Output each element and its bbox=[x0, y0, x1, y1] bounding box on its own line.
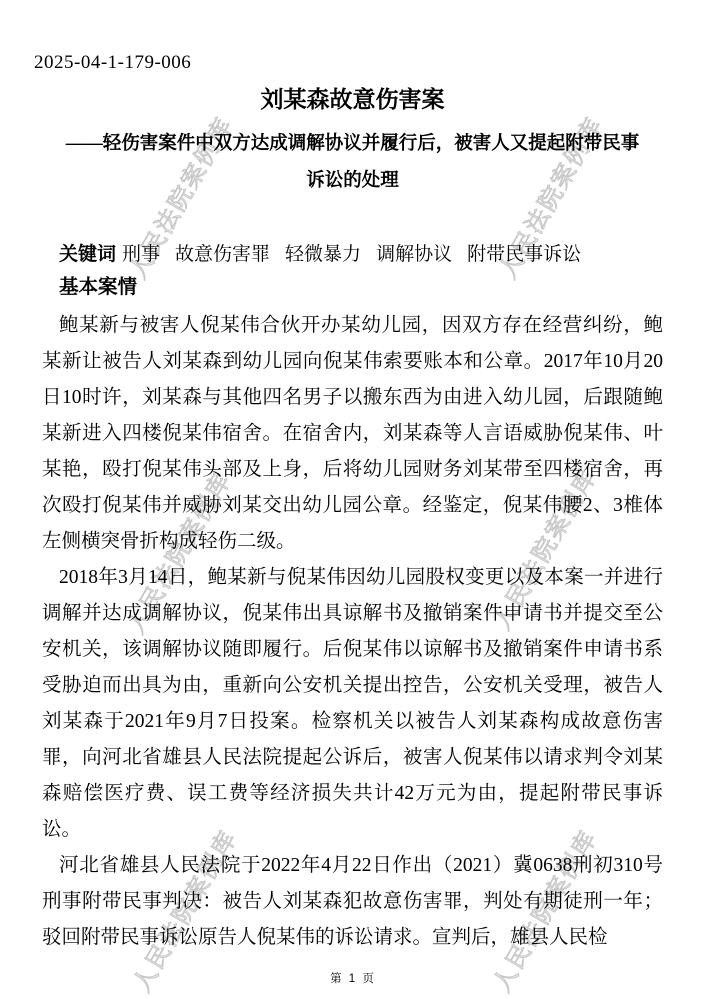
keyword-term: 调解协议 bbox=[376, 244, 452, 265]
keyword-term: 故意伤害罪 bbox=[175, 244, 270, 265]
paragraph: 鲍某新与被害人倪某伟合伙开办某幼儿园，因双方存在经营纠纷，鲍某新让被告人刘某森到… bbox=[42, 308, 663, 560]
case-number: 2025-04-1-179-006 bbox=[34, 52, 663, 74]
paragraph: 2018年3月14日，鲍某新与倪某伟因幼儿园股权变更以及本案一并进行调解并达成调… bbox=[42, 560, 663, 848]
paragraph: 河北省雄县人民法院于2022年4月22日作出（2021）冀0638刑初310号刑… bbox=[42, 848, 663, 956]
document-page: 人民法院案例库 人民法院案例库 人民法院案例库 人民法院案例库 人民法院案例库 … bbox=[0, 0, 706, 999]
keywords-label: 关键词 bbox=[59, 244, 116, 265]
section-heading-basic-facts: 基本案情 bbox=[42, 272, 663, 302]
case-title: 刘某森故意伤害案 bbox=[42, 86, 663, 113]
keyword-term: 附带民事诉讼 bbox=[467, 244, 581, 265]
keyword-term: 刑事 bbox=[122, 244, 160, 265]
document-content: 2025-04-1-179-006 刘某森故意伤害案 ——轻伤害案件中双方达成调… bbox=[0, 52, 706, 956]
keywords-line: 关键词刑事故意伤害罪轻微暴力调解协议附带民事诉讼 bbox=[42, 240, 663, 270]
keyword-term: 轻微暴力 bbox=[285, 244, 361, 265]
case-subtitle: ——轻伤害案件中双方达成调解协议并履行后，被害人又提起附带民事诉讼的处理 bbox=[59, 126, 647, 200]
page-footer: 第 1 页 bbox=[0, 970, 706, 986]
